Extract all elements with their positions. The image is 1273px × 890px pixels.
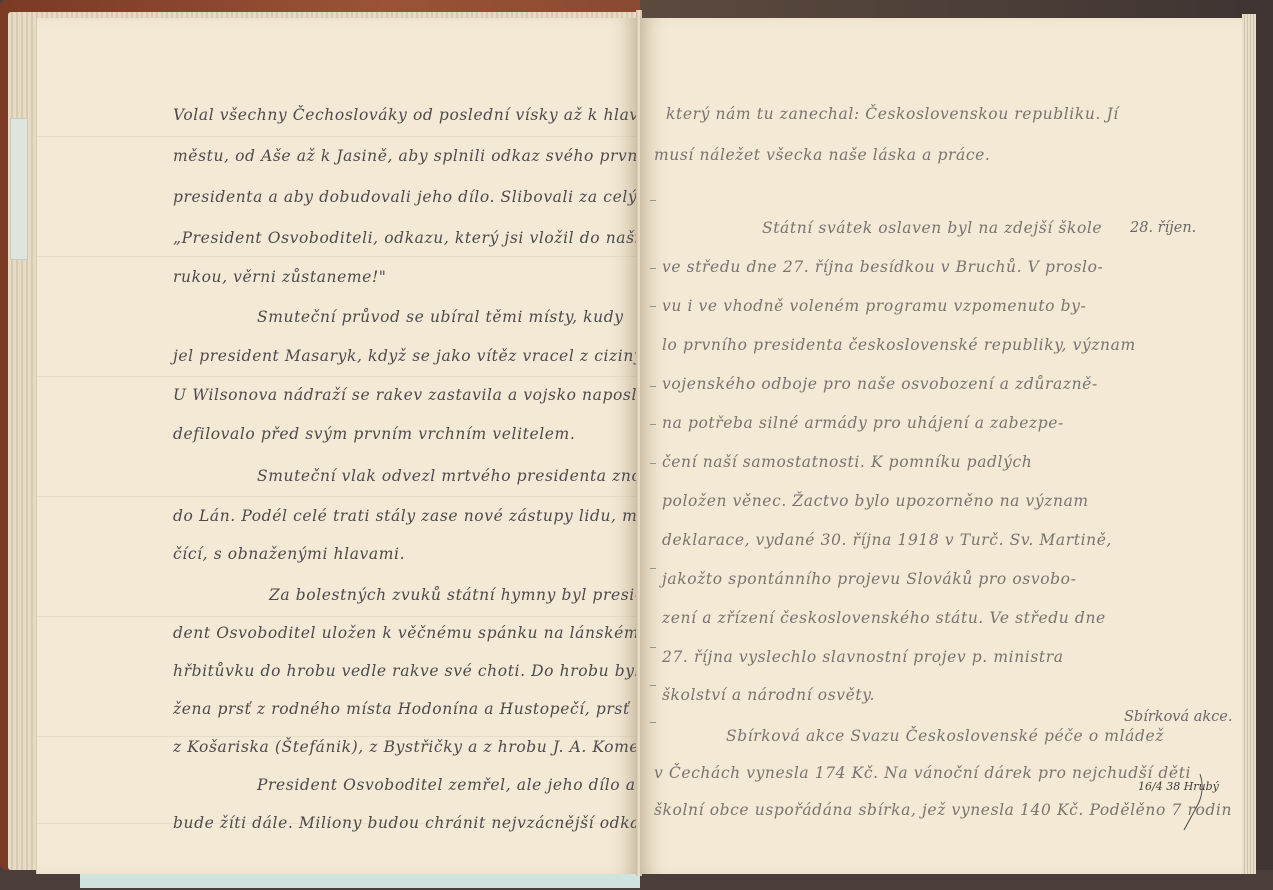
margin-tick — [650, 463, 656, 464]
text-line: deklarace, vydané 30. října 1918 v Turč.… — [662, 531, 1112, 549]
right-page: který nám tu zanechal: Československou r… — [640, 18, 1243, 874]
text-line: školství a národní osvěty. — [662, 686, 875, 704]
text-line: který nám tu zanechal: Československou r… — [666, 105, 1119, 123]
rule-line — [37, 376, 637, 377]
text-line: U Wilsonova nádraží se rakev zastavila a… — [173, 386, 657, 404]
text-line: čící, s obnaženými hlavami. — [173, 545, 405, 563]
margin-tick — [650, 306, 656, 307]
margin-note-collection: Sbírková akce. — [1124, 709, 1233, 725]
text-line: žena prsť z rodného místa Hodonína a Hus… — [173, 700, 630, 718]
text-line: na potřeba silné armády pro uhájení a za… — [662, 414, 1064, 432]
margin-tick — [650, 386, 656, 387]
text-line: Volal všechny Čechoslováky od poslední v… — [173, 106, 681, 124]
margin-tick — [650, 268, 656, 269]
rule-line — [37, 616, 637, 617]
margin-tick — [650, 424, 656, 425]
text-line: zení a zřízení československého státu. V… — [662, 609, 1106, 627]
margin-tick — [650, 568, 656, 569]
signature-flourish-icon — [1178, 772, 1208, 832]
text-line: presidenta a aby dobudovali jeho dílo. S… — [173, 188, 681, 206]
margin-tick — [650, 647, 656, 648]
text-line: Za bolestných zvuků státní hymny byl pre… — [269, 586, 641, 604]
text-line: školní obce uspořádána sbírka, jež vynes… — [654, 801, 1232, 819]
margin-note-date: 28. říjen. — [1130, 220, 1196, 236]
text-line: do Lán. Podél celé trati stály zase nové… — [173, 507, 658, 525]
text-line: hřbitůvku do hrobu vedle rakve své choti… — [173, 662, 686, 680]
text-line: městu, od Aše až k Jasině, aby splnili o… — [173, 147, 664, 165]
text-line: lo prvního presidenta československé rep… — [662, 336, 1136, 354]
text-line: z Košariska (Štefánik), z Bystřičky a z … — [173, 738, 704, 756]
text-line: vojenského odboje pro naše osvobození a … — [662, 375, 1098, 393]
text-line: Státní svátek oslaven byl na zdejší škol… — [762, 219, 1102, 237]
text-line: bude žíti dále. Miliony budou chránit ne… — [173, 814, 654, 832]
margin-tick — [650, 200, 656, 201]
signature-date: 16/4 38 — [1138, 780, 1180, 793]
text-line: dent Osvoboditel uložen k věčnému spánku… — [173, 624, 639, 642]
rule-line — [37, 496, 637, 497]
left-page: Volal všechny Čechoslováky od poslední v… — [36, 18, 637, 874]
text-line: položen věnec. Žactvo bylo upozorněno na… — [662, 492, 1089, 510]
margin-tick — [650, 722, 656, 723]
page-stack-right — [1242, 14, 1256, 874]
text-line: Smuteční vlak odvezl mrtvého presidenta … — [257, 467, 661, 485]
text-line: 27. října vyslechlo slavnostní projev p.… — [662, 648, 1064, 666]
text-line: jel president Masaryk, když se jako vítě… — [173, 347, 647, 365]
rule-line — [37, 736, 637, 737]
rule-line — [37, 256, 637, 257]
text-line: Sbírková akce Svazu Československé péče … — [726, 727, 1164, 745]
text-line: vu i ve vhodně voleném programu vzpomenu… — [662, 297, 1086, 315]
text-line: „President Osvoboditeli, odkazu, který j… — [173, 229, 660, 247]
rule-line — [37, 136, 637, 137]
paper-tab-strip — [10, 118, 28, 260]
text-line: musí náležet všecka naše láska a práce. — [654, 146, 990, 164]
text-line: v Čechách vynesla 174 Kč. Na vánoční dár… — [654, 764, 1191, 782]
text-line: ve středu dne 27. října besídkou v Bruch… — [662, 258, 1103, 276]
text-line: Smuteční průvod se ubíral těmi místy, ku… — [257, 308, 624, 326]
text-line: jakožto spontánního projevu Slováků pro … — [662, 570, 1076, 588]
text-line: defilovalo před svým prvním vrchním veli… — [173, 425, 575, 443]
text-line: rukou, věrni zůstaneme!" — [173, 268, 387, 286]
text-line: čení naší samostatnosti. K pomníku padlý… — [662, 453, 1032, 471]
margin-tick — [650, 685, 656, 686]
